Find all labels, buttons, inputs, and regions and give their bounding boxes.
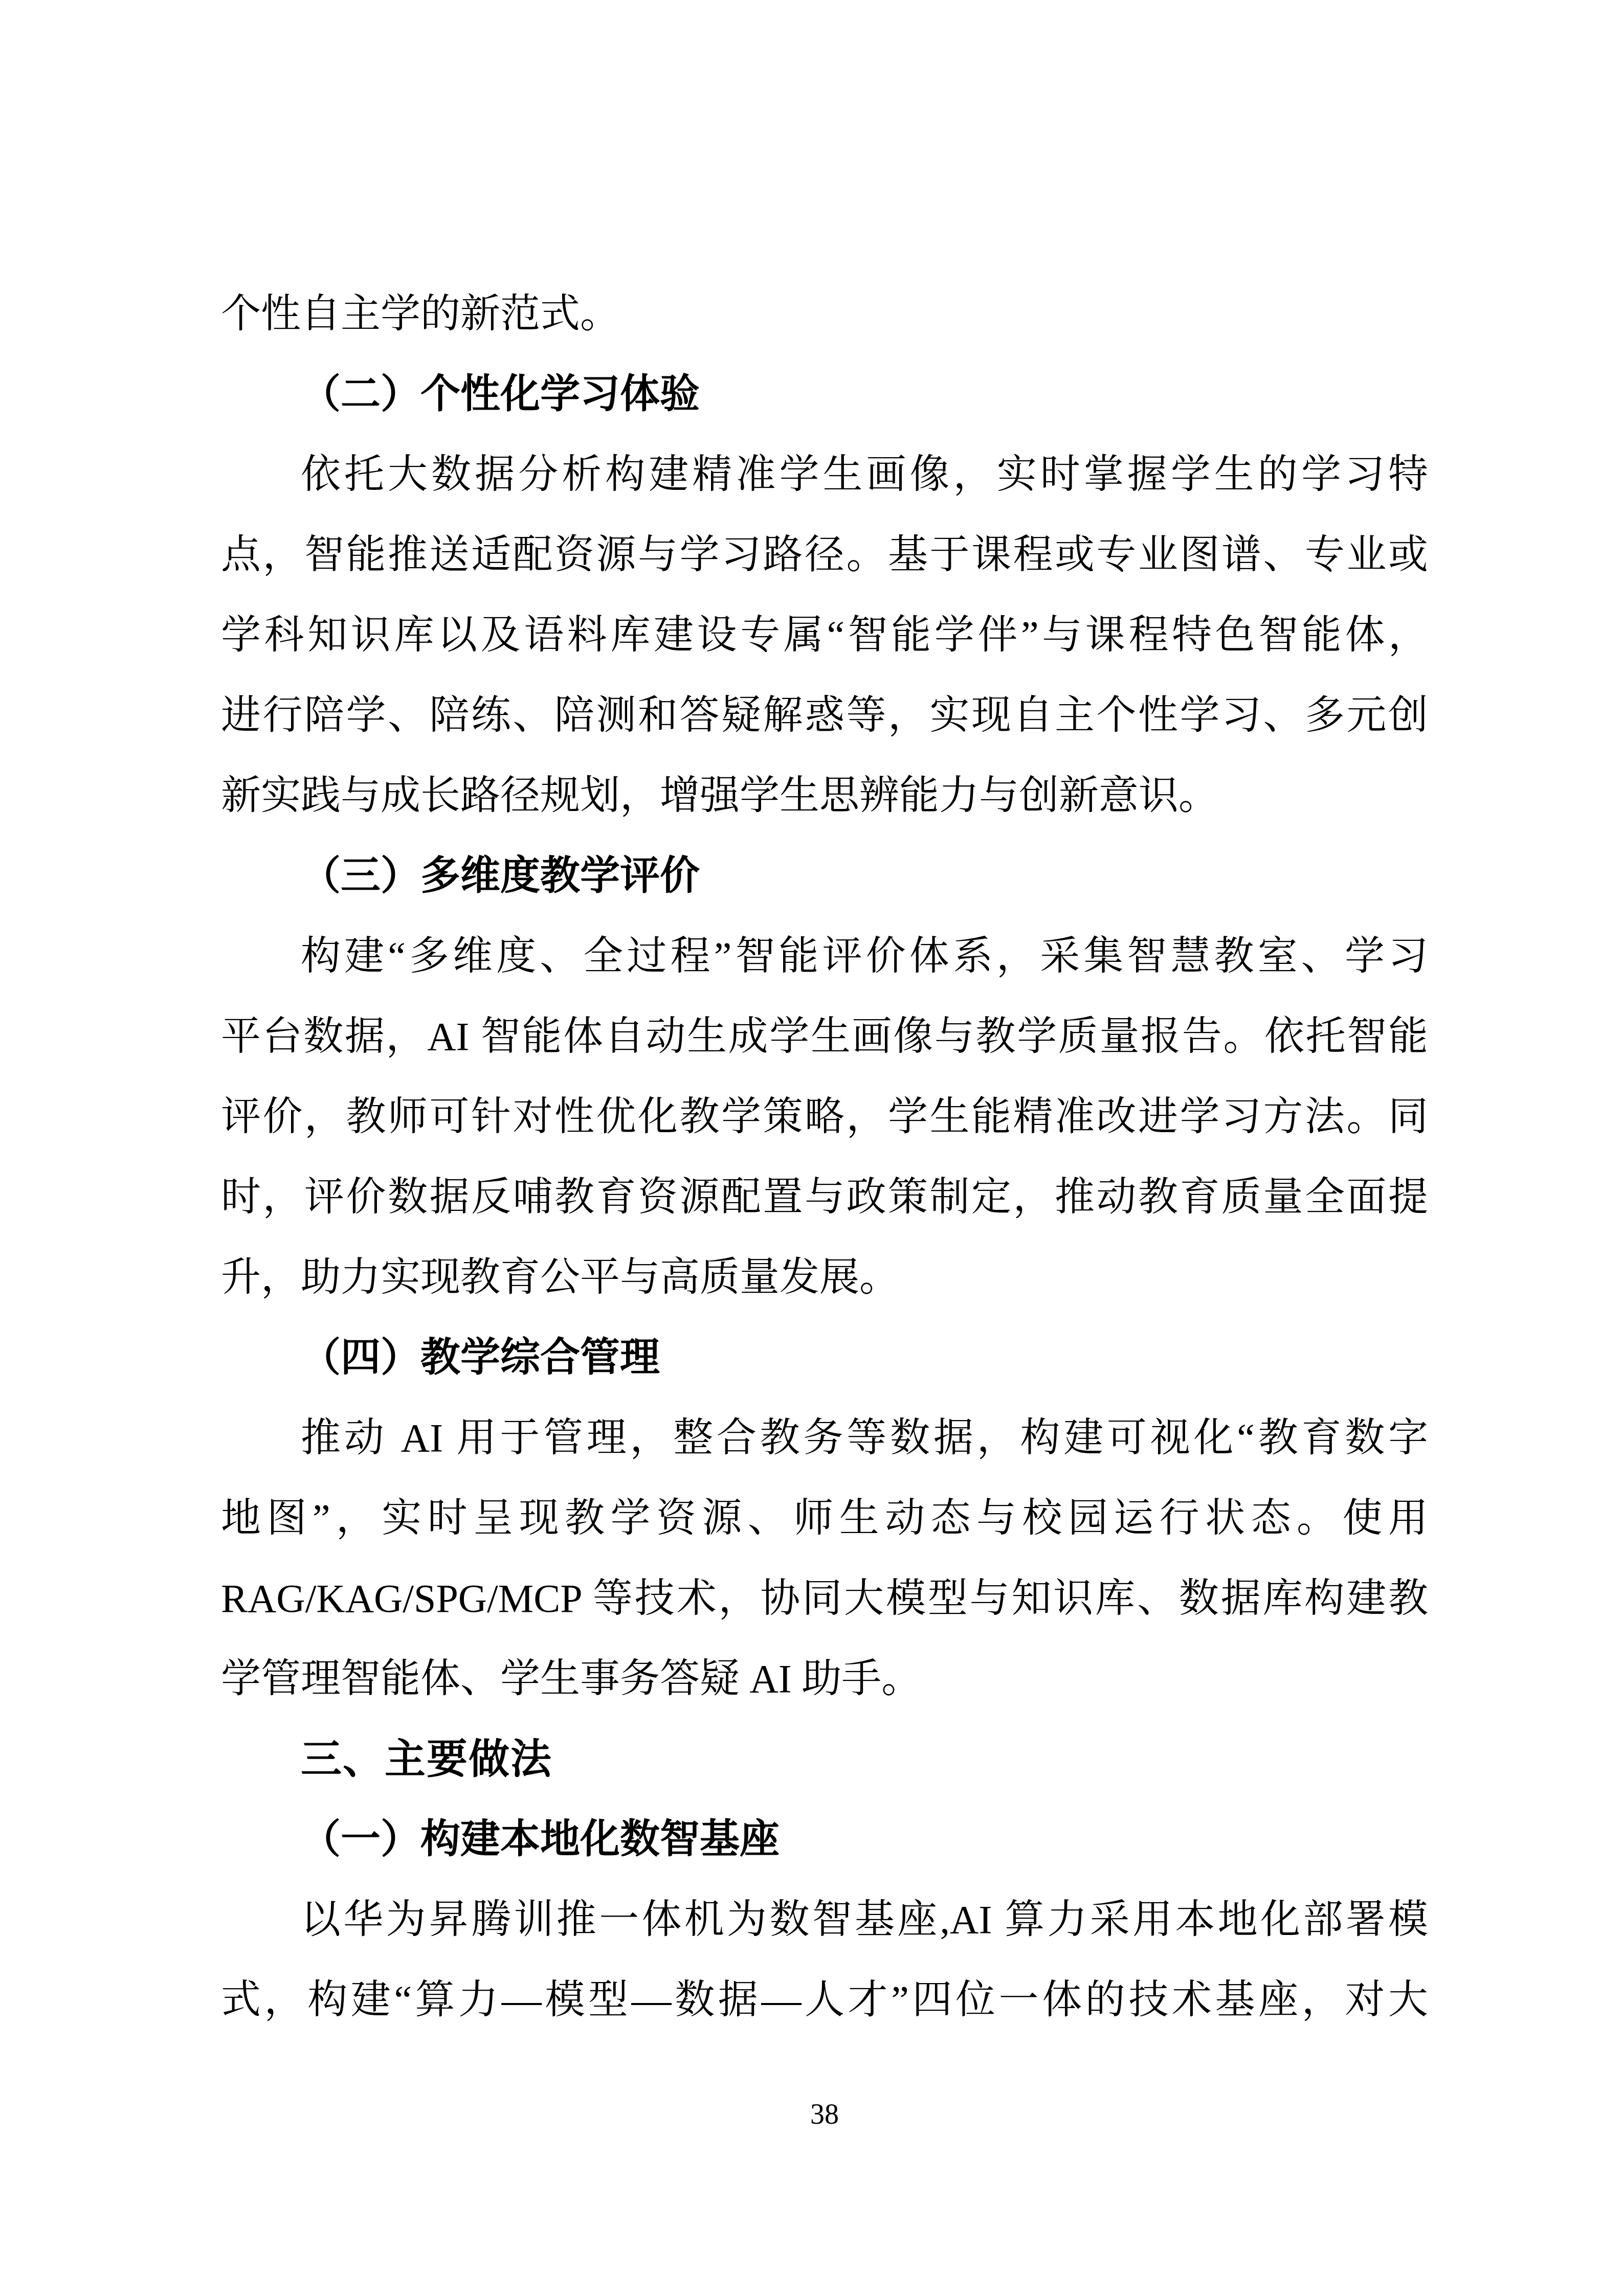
subheading-line: （四）教学综合管理 <box>221 1317 1428 1398</box>
text-lines: 个性自主学的新范式。（二）个性化学习体验依托大数据分析构建精准学生画像，实时掌握… <box>221 274 1428 2040</box>
subheading-line: （一）构建本地化数智基座 <box>221 1799 1428 1879</box>
body-text-line: 评价，教师可针对性优化教学策略，学生能精准改进学习方法。同 <box>221 1076 1428 1157</box>
body-text-line: 平台数据，AI 智能体自动生成学生画像与教学质量报告。依托智能 <box>221 996 1428 1076</box>
subheading-line: （三）多维度教学评价 <box>221 836 1428 916</box>
body-text-line: RAG/KAG/SPG/MCP 等技术，协同大模型与知识库、数据库构建教 <box>221 1558 1428 1638</box>
page-number: 38 <box>221 2097 1428 2132</box>
body-text-line: 依托大数据分析构建精准学生画像，实时掌握学生的学习特 <box>221 434 1428 514</box>
body-text-line: 式，构建“算力—模型—数据—人才”四位一体的技术基座，对大 <box>221 1960 1428 2040</box>
body-text-line: 点，智能推送适配资源与学习路径。基于课程或专业图谱、专业或 <box>221 514 1428 595</box>
body-text-line: 个性自主学的新范式。 <box>221 274 1428 354</box>
body-text-line: 时，评价数据反哺教育资源配置与政策制定，推动教育质量全面提 <box>221 1157 1428 1237</box>
mainheading-line: 三、主要做法 <box>221 1719 1428 1799</box>
body-text-line: 进行陪学、陪练、陪测和答疑解惑等，实现自主个性学习、多元创 <box>221 675 1428 755</box>
subheading-line: （二）个性化学习体验 <box>221 354 1428 434</box>
document-page: 个性自主学的新范式。（二）个性化学习体验依托大数据分析构建精准学生画像，实时掌握… <box>0 0 1624 2296</box>
body-text-line: 构建“多维度、全过程”智能评价体系，采集智慧教室、学习 <box>221 916 1428 996</box>
body-text-line: 学管理智能体、学生事务答疑 AI 助手。 <box>221 1638 1428 1719</box>
body-text-line: 升，助力实现教育公平与高质量发展。 <box>221 1237 1428 1317</box>
body-text-line: 地图”，实时呈现教学资源、师生动态与校园运行状态。使用 <box>221 1478 1428 1558</box>
body-text-line: 新实践与成长路径规划，增强学生思辨能力与创新意识。 <box>221 755 1428 836</box>
body-text-line: 学科知识库以及语料库建设专属“智能学伴”与课程特色智能体， <box>221 595 1428 675</box>
body-text-line: 以华为昇腾训推一体机为数智基座,AI 算力采用本地化部署模 <box>221 1879 1428 1960</box>
body-text-line: 推动 AI 用于管理，整合教务等数据，构建可视化“教育数字 <box>221 1398 1428 1478</box>
